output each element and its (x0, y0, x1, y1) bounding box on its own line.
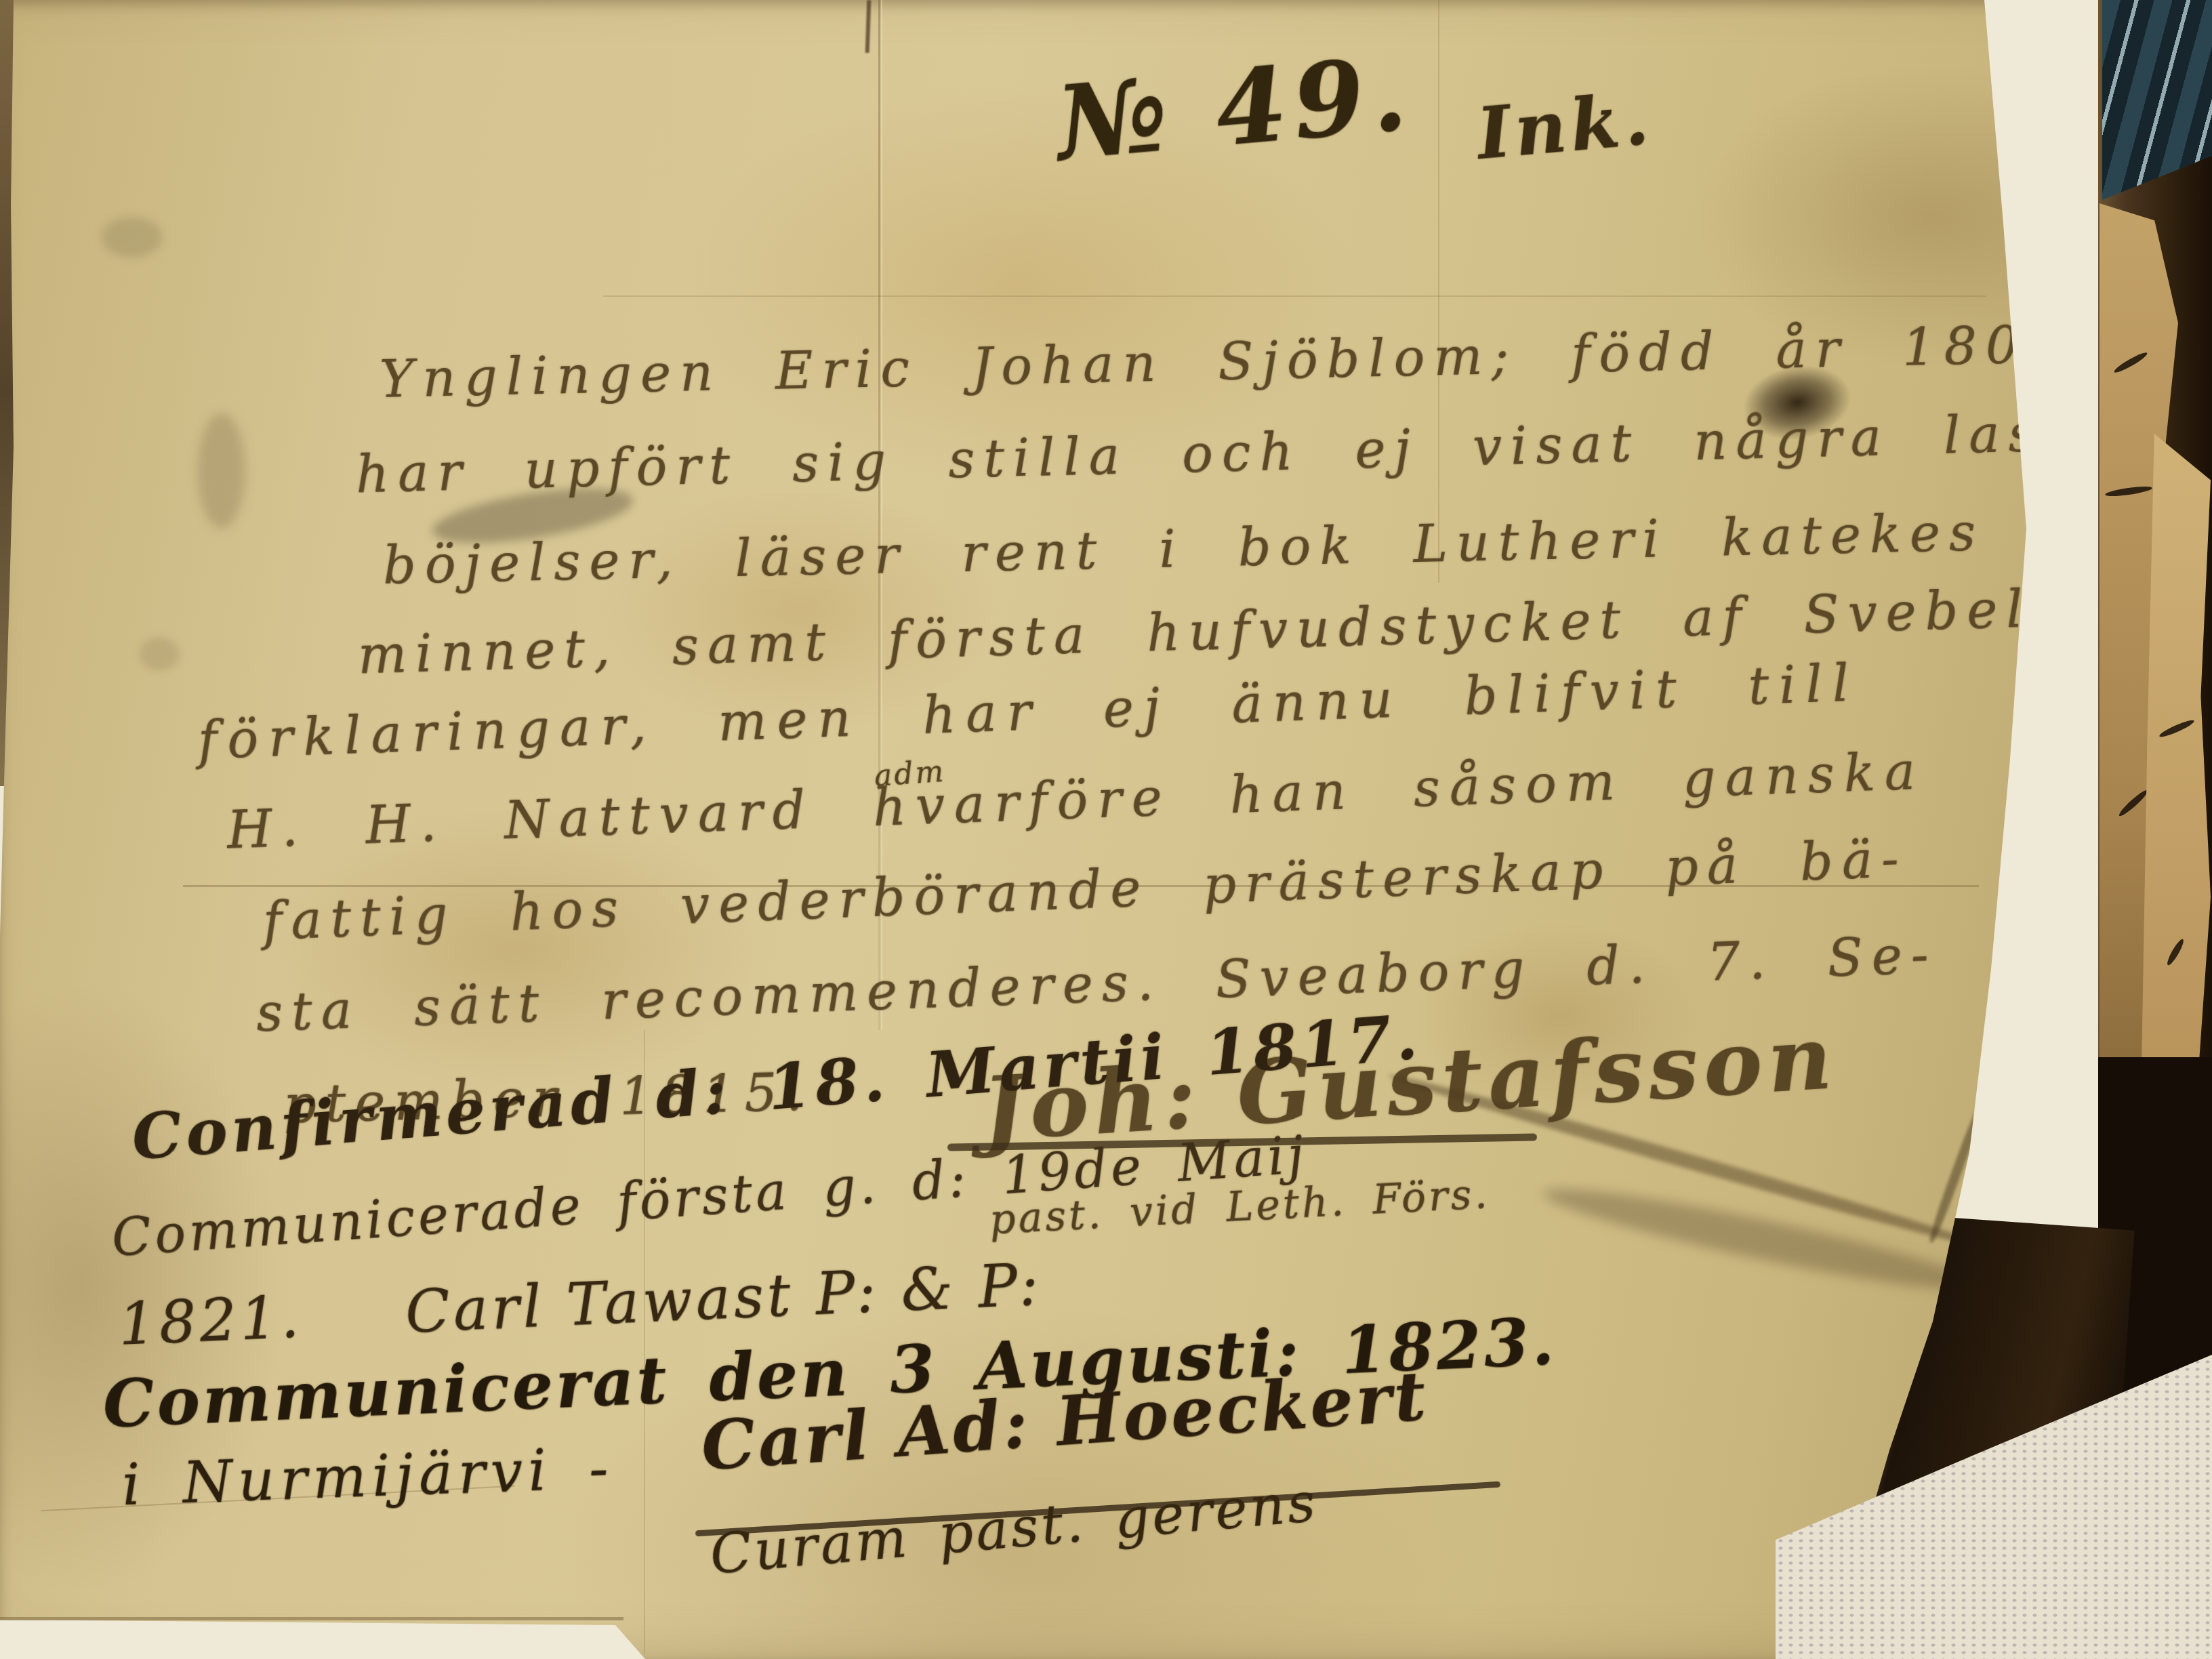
ink-mark (2165, 937, 2186, 966)
body-line-1: Ynglingen Eric Johan Sjöblom; född år 18… (379, 314, 2069, 409)
stain-smudge (198, 413, 245, 529)
photo-scene: № 49. Ink. Ynglingen Eric Johan Sjöblom;… (0, 0, 2212, 1659)
plaid-cloth (2102, 0, 2212, 200)
ink-mark (2112, 350, 2148, 375)
backing-sheet-edge (0, 1617, 623, 1620)
body-line-3: böjelser, läser rent i bok Lutheri katek… (382, 499, 2114, 596)
fold-crease-horizontal (603, 295, 1986, 297)
document-paper: № 49. Ink. Ynglingen Eric Johan Sjöblom;… (0, 0, 2212, 1659)
body-line-2: har upfört sig stilla och ej visat några… (355, 398, 2212, 504)
annotation-year: 1821. (117, 1283, 304, 1359)
stain-smudge (139, 637, 180, 671)
fold-crease-vertical (1438, 0, 1439, 583)
annotation-signer-hoeckert-title: Curam past. gerens (708, 1471, 1320, 1586)
ink-mark (2105, 485, 2153, 498)
stain-smudge (102, 217, 163, 258)
document-number-note: Ink. (1474, 77, 1656, 176)
annotation-place-nurmijarvi: i Nurmijärvi - (121, 1435, 615, 1518)
signature-flourish (1539, 1174, 1985, 1305)
paper-tear-notch (865, 0, 872, 53)
ink-mark (2117, 788, 2150, 819)
document-number: № 49. (1052, 33, 1418, 183)
ink-mark (2158, 718, 2195, 739)
